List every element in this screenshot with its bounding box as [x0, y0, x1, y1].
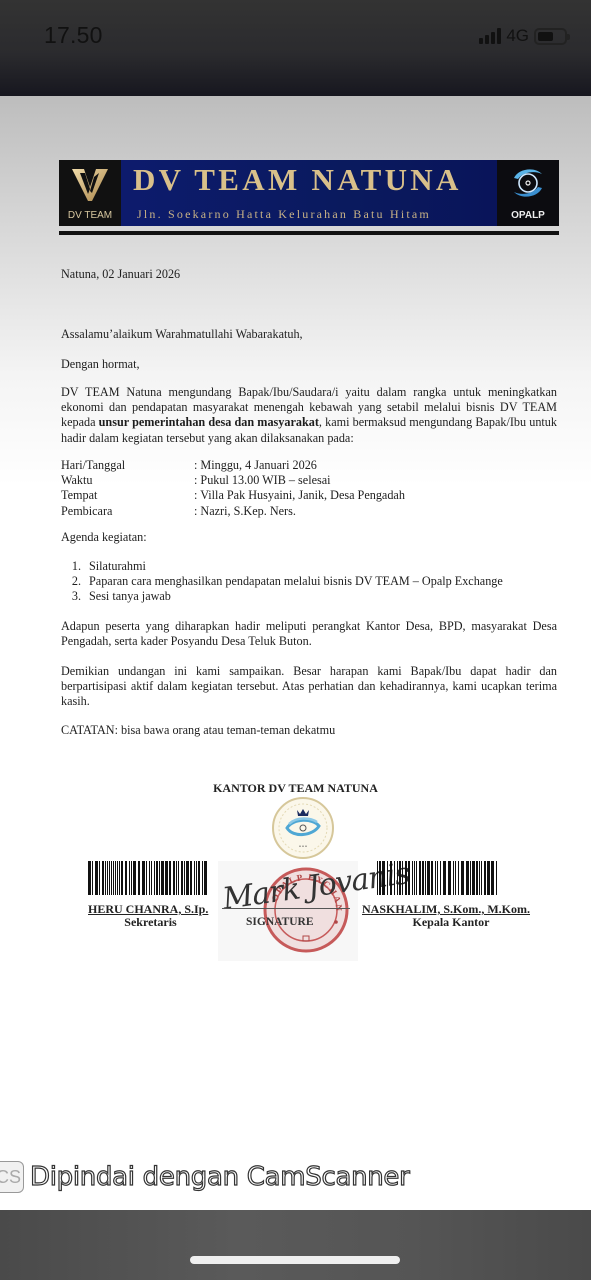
home-indicator[interactable]: [190, 1256, 400, 1264]
barcode-bar: [165, 861, 168, 895]
barcode-bar: [402, 861, 403, 895]
barcode-bar: [131, 861, 132, 895]
barcode-bar: [156, 861, 158, 895]
signer-right-role: Kepala Kantor: [362, 915, 540, 930]
barcode-bar: [151, 861, 152, 895]
greeting: Assalamu’alaikum Warahmatullahi Wabaraka…: [61, 327, 557, 342]
agenda-title: Agenda kegiatan:: [61, 530, 557, 545]
agenda-item-text: Paparan cara menghasilkan pendapatan mel…: [89, 574, 503, 589]
barcode-bar: [382, 861, 385, 895]
barcode-bar: [186, 861, 189, 895]
barcode-bar: [412, 861, 413, 895]
barcode-bar: [377, 861, 378, 895]
barcode-bar: [387, 861, 388, 895]
barcode-bar: [138, 861, 140, 895]
barcode-bar: [431, 861, 433, 895]
note: CATATAN: bisa bawa orang atau teman-tema…: [61, 723, 557, 738]
barcode-bar: [92, 861, 93, 895]
opalp-logo: OPALP: [497, 160, 559, 226]
barcode-bar: [102, 861, 104, 895]
barcode-bar: [394, 861, 395, 895]
cellular-signal-icon: [479, 28, 501, 44]
barcode-bar: [133, 861, 136, 895]
barcode-bar: [472, 861, 475, 895]
participants-paragraph: Adapun peserta yang diharapkan hadir mel…: [61, 619, 557, 649]
bottom-bar: [0, 1210, 591, 1280]
barcode-bar: [121, 861, 123, 895]
network-type: 4G: [506, 26, 529, 46]
barcode-bar: [125, 861, 127, 895]
barcode-bar: [435, 861, 436, 895]
closing-text: Demikian undangan ini kami sampaikan. Be…: [61, 664, 557, 710]
barcode-bar: [88, 861, 91, 895]
barcode-bar: [470, 861, 471, 895]
signature-label: SIGNATURE: [246, 916, 314, 928]
dv-logo-icon: [71, 167, 109, 203]
signer-left-role: Sekretaris: [88, 915, 213, 930]
barcode-bar: [159, 861, 160, 895]
barcode-right: [377, 861, 501, 895]
barcode-bar: [111, 861, 112, 895]
detail-value: : Nazri, S.Kep. Ners.: [194, 504, 557, 519]
barcode-bar: [196, 861, 197, 895]
status-time: 17.50: [44, 22, 103, 49]
detail-value: : Villa Pak Husyaini, Janik, Desa Pengad…: [194, 488, 557, 503]
barcode-bar: [204, 861, 207, 895]
detail-value: : Pukul 13.00 WIB – selesai: [194, 473, 557, 488]
barcode-bar: [458, 861, 459, 895]
status-indicators: 4G: [479, 26, 567, 46]
agenda-item: 1.Silaturahmi: [61, 559, 557, 574]
detail-label: Waktu: [61, 473, 194, 488]
agenda-item-number: 1.: [61, 559, 81, 574]
barcode-bar: [194, 861, 195, 895]
barcode-bar: [113, 861, 114, 895]
agenda-item-text: Sesi tanya jawab: [89, 589, 171, 604]
barcode-bar: [119, 861, 120, 895]
barcode-bar: [448, 861, 451, 895]
letterhead-banner: DV TEAM NATUNA Jln. Soekarno Hatta Kelur…: [121, 160, 497, 226]
barcode-bar: [453, 861, 454, 895]
barcode-bar: [184, 861, 185, 895]
barcode-bar: [178, 861, 179, 895]
barcode-bar: [487, 861, 490, 895]
barcode-bar: [496, 861, 497, 895]
barcode-bar: [440, 861, 441, 895]
office-title: KANTOR DV TEAM NATUNA: [0, 781, 591, 796]
camscanner-logo-icon: CS: [0, 1161, 24, 1193]
detail-label: Hari/Tanggal: [61, 458, 194, 473]
place-date: Natuna, 02 Januari 2026: [61, 267, 557, 282]
barcode-bar: [129, 861, 130, 895]
barcode-bar: [414, 861, 415, 895]
barcode-bar: [399, 861, 401, 895]
letterhead: DV TEAM DV TEAM NATUNA Jln. Soekarno Hat…: [59, 160, 559, 226]
barcode-bar: [416, 861, 417, 895]
barcode-bar: [146, 861, 147, 895]
detail-label: Tempat: [61, 488, 194, 503]
office-seal-icon: • • •: [271, 796, 335, 860]
participants-text: Adapun peserta yang diharapkan hadir mel…: [61, 619, 557, 649]
barcode-bar: [149, 861, 150, 895]
status-bar: 17.50 4G: [0, 0, 591, 96]
barcode-bar: [479, 861, 480, 895]
agenda-item-number: 3.: [61, 589, 81, 604]
dv-team-logo-label: DV TEAM: [59, 210, 121, 221]
barcode-bar: [397, 861, 398, 895]
barcode-bar: [427, 861, 430, 895]
agenda-item-number: 2.: [61, 574, 81, 589]
barcode-bar: [95, 861, 98, 895]
barcode-bar: [109, 861, 110, 895]
barcode-bar: [491, 861, 494, 895]
barcode-bar: [115, 861, 116, 895]
opalp-logo-icon: [510, 166, 546, 200]
scanned-document: DV TEAM DV TEAM NATUNA Jln. Soekarno Hat…: [0, 96, 591, 1210]
intro-bold-text: unsur pemerintahan desa dan masyarakat: [99, 415, 319, 429]
closing-paragraph: Demikian undangan ini kami sampaikan. Be…: [61, 664, 557, 710]
barcode-bar: [379, 861, 381, 895]
detail-value: : Minggu, 4 Januari 2026: [194, 458, 557, 473]
opalp-logo-label: OPALP: [497, 210, 559, 221]
battery-icon: [534, 28, 567, 45]
intro-paragraph: DV TEAM Natuna mengundang Bapak/Ibu/Saud…: [61, 385, 557, 446]
barcode-bar: [99, 861, 100, 895]
letterhead-divider: [59, 231, 559, 235]
barcode-bar: [476, 861, 478, 895]
barcode-bar: [161, 861, 164, 895]
letterhead-title: DV TEAM NATUNA: [133, 162, 462, 198]
svg-text:• • •: • • •: [299, 845, 307, 850]
barcode-bar: [190, 861, 192, 895]
barcode-bar: [443, 861, 446, 895]
detail-label: Pembicara: [61, 504, 194, 519]
letterhead-address: Jln. Soekarno Hatta Kelurahan Batu Hitam: [137, 207, 431, 222]
agenda-item: 3.Sesi tanya jawab: [61, 589, 557, 604]
camscanner-text: Dipindai dengan CamScanner: [30, 1162, 410, 1192]
barcode-bar: [466, 861, 469, 895]
barcode-bar: [105, 861, 106, 895]
barcode-bar: [117, 861, 118, 895]
barcode-bar: [169, 861, 171, 895]
salutation: Dengan hormat,: [61, 357, 557, 372]
barcode-bar: [481, 861, 482, 895]
barcode-bar: [107, 861, 108, 895]
barcode-bar: [154, 861, 155, 895]
event-details: Hari/Tanggal: Minggu, 4 Januari 2026Wakt…: [61, 458, 557, 519]
barcode-bar: [484, 861, 486, 895]
dv-team-logo: DV TEAM: [59, 160, 121, 226]
camscanner-watermark: CS Dipindai dengan CamScanner: [0, 1161, 410, 1193]
barcode-bar: [176, 861, 177, 895]
barcode-bar: [461, 861, 464, 895]
barcode-left: [88, 861, 212, 895]
barcode-bar: [422, 861, 424, 895]
barcode-bar: [181, 861, 183, 895]
barcode-bar: [437, 861, 438, 895]
signature-line: [222, 908, 350, 909]
barcode-bar: [202, 861, 203, 895]
barcode-bar: [198, 861, 200, 895]
barcode-bar: [455, 861, 456, 895]
barcode-bar: [390, 861, 392, 895]
agenda-item-text: Silaturahmi: [89, 559, 146, 574]
agenda-item: 2.Paparan cara menghasilkan pendapatan m…: [61, 574, 557, 589]
barcode-bar: [425, 861, 426, 895]
barcode-bar: [173, 861, 175, 895]
barcode-bar: [405, 861, 407, 895]
barcode-bar: [142, 861, 145, 895]
barcode-bar: [408, 861, 410, 895]
agenda-list: 1.Silaturahmi2.Paparan cara menghasilkan…: [61, 559, 557, 605]
barcode-bar: [419, 861, 421, 895]
